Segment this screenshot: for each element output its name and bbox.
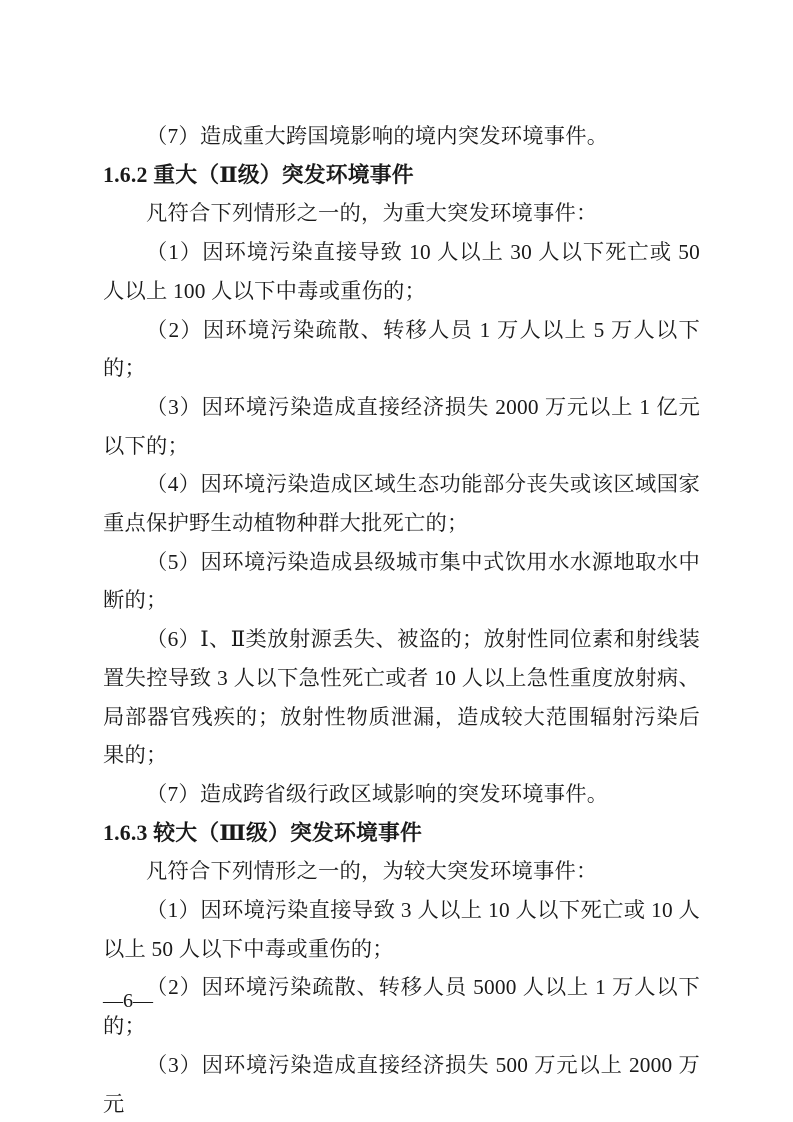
paragraph-item-4-level2: （4）因环境污染造成区域生态功能部分丧失或该区域国家重点保护野生动植物种群大批死… — [103, 465, 700, 542]
paragraph-item-7-level1: （7）造成重大跨国境影响的境内突发环境事件。 — [103, 117, 700, 156]
paragraph-item-2-level2: （2）因环境污染疏散、转移人员 1 万人以上 5 万人以下的； — [103, 311, 700, 388]
paragraph-item-3-level3: （3）因环境污染造成直接经济损失 500 万元以上 2000 万元 — [103, 1046, 700, 1122]
paragraph-intro-level2: 凡符合下列情形之一的，为重大突发环境事件： — [103, 194, 700, 233]
page-content: （7）造成重大跨国境影响的境内突发环境事件。 1.6.2 重大（Ⅱ级）突发环境事… — [103, 117, 700, 1122]
paragraph-item-7-level2: （7）造成跨省级行政区域影响的突发环境事件。 — [103, 775, 700, 814]
paragraph-item-2-level3: （2）因环境污染疏散、转移人员 5000 人以上 1 万人以下的； — [103, 968, 700, 1045]
section-heading-1-6-2: 1.6.2 重大（Ⅱ级）突发环境事件 — [103, 156, 700, 195]
paragraph-intro-level3: 凡符合下列情形之一的，为较大突发环境事件： — [103, 852, 700, 891]
paragraph-item-1-level2: （1）因环境污染直接导致 10 人以上 30 人以下死亡或 50 人以上 100… — [103, 233, 700, 310]
paragraph-item-3-level2: （3）因环境污染造成直接经济损失 2000 万元以上 1 亿元以下的； — [103, 388, 700, 465]
paragraph-item-6-level2: （6）Ⅰ、Ⅱ类放射源丢失、被盗的；放射性同位素和射线装置失控导致 3 人以下急性… — [103, 620, 700, 775]
section-heading-1-6-3: 1.6.3 较大（Ⅲ级）突发环境事件 — [103, 814, 700, 853]
page-number: —6— — [103, 986, 153, 1016]
paragraph-item-1-level3: （1）因环境污染直接导致 3 人以上 10 人以下死亡或 10 人以上 50 人… — [103, 891, 700, 968]
document-page: （7）造成重大跨国境影响的境内突发环境事件。 1.6.2 重大（Ⅱ级）突发环境事… — [0, 0, 793, 1122]
paragraph-item-5-level2: （5）因环境污染造成县级城市集中式饮用水水源地取水中断的； — [103, 543, 700, 620]
